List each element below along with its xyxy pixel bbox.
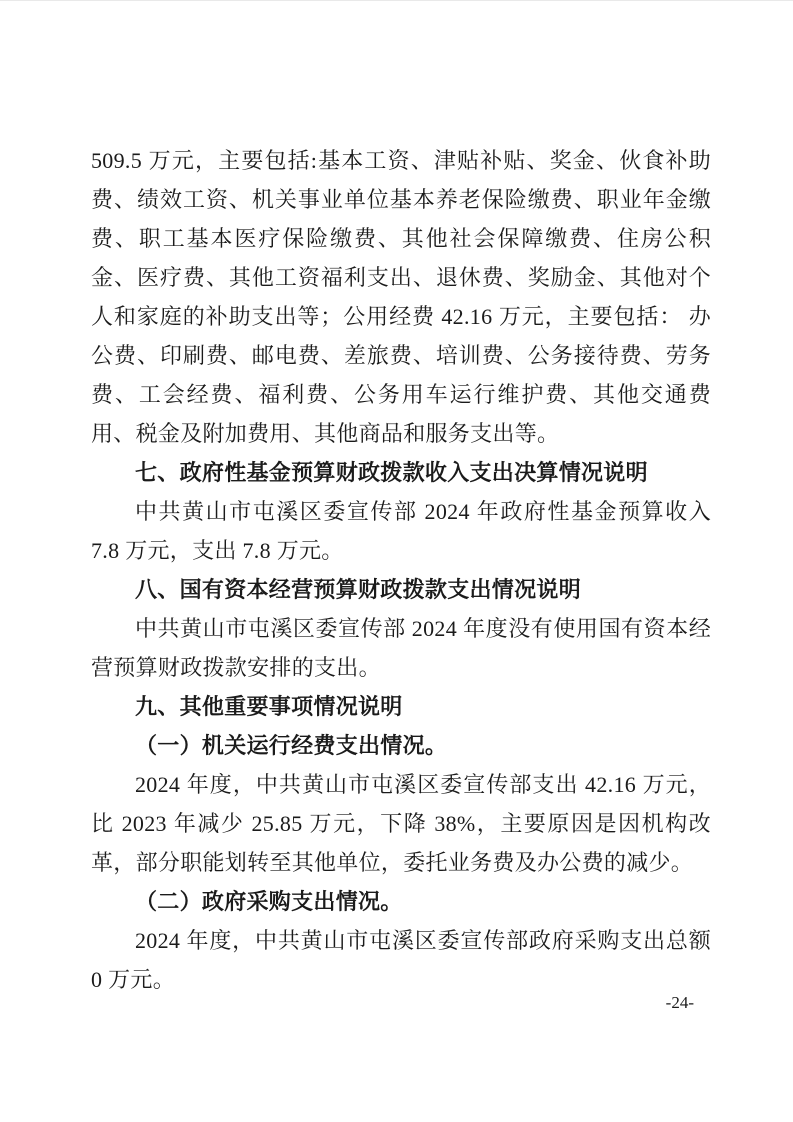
paragraph-operating-expense: 2024 年度，中共黄山市屯溪区委宣传部支出 42.16 万元，比 2023 年… bbox=[91, 765, 711, 882]
page-number: -24- bbox=[666, 990, 694, 1016]
subsection-heading-operating-expense: （一）机关运行经费支出情况。 bbox=[91, 726, 711, 765]
document-page: 509.5 万元，主要包括:基本工资、津贴补贴、奖金、伙食补助费、绩效工资、机关… bbox=[0, 0, 793, 1122]
section-heading-state-capital-budget: 八、国有资本经营预算财政拨款支出情况说明 bbox=[91, 570, 711, 609]
paragraph-state-capital-budget: 中共黄山市屯溪区委宣传部 2024 年度没有使用国有资本经营预算财政拨款安排的支… bbox=[91, 609, 711, 687]
subsection-heading-government-procurement: （二）政府采购支出情况。 bbox=[91, 882, 711, 921]
section-heading-government-fund-budget: 七、政府性基金预算财政拨款收入支出决算情况说明 bbox=[91, 453, 711, 492]
paragraph-salary-expense-detail: 509.5 万元，主要包括:基本工资、津贴补贴、奖金、伙食补助费、绩效工资、机关… bbox=[91, 141, 711, 453]
document-body: 509.5 万元，主要包括:基本工资、津贴补贴、奖金、伙食补助费、绩效工资、机关… bbox=[91, 141, 711, 999]
paragraph-government-procurement: 2024 年度，中共黄山市屯溪区委宣传部政府采购支出总额 0 万元。 bbox=[91, 921, 711, 999]
section-heading-other-important-matters: 九、其他重要事项情况说明 bbox=[91, 687, 711, 726]
paragraph-government-fund-budget: 中共黄山市屯溪区委宣传部 2024 年政府性基金预算收入 7.8 万元，支出 7… bbox=[91, 492, 711, 570]
